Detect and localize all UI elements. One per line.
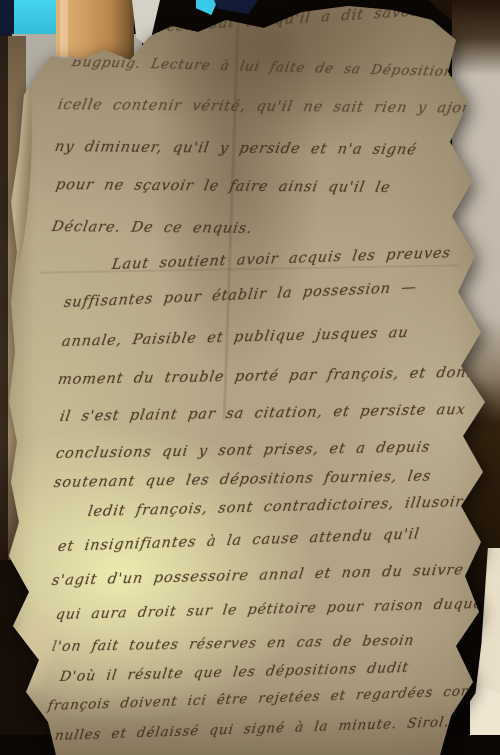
handwritten-line: conclusions qui y sont prises, et a depu…	[55, 439, 432, 462]
handwritten-line: Déclare. De ce enquis.	[51, 219, 254, 237]
handwritten-line: qui aura droit sur le pétitoire pour rai…	[55, 596, 489, 623]
handwritten-line: nulles et délaissé qui signé à la minute…	[54, 714, 451, 744]
paper-curl-top-left	[0, 65, 38, 297]
handwritten-line: il s'est plaint par sa citation, et pers…	[59, 402, 467, 425]
handwritten-line: ny diminuer, qu'il y perside et n'a sign…	[54, 139, 419, 158]
handwritten-line: D'où il résulte que les dépositions dudi…	[59, 660, 410, 685]
handwritten-line: ledit françois, sont contradictoires, il…	[87, 494, 482, 520]
handwritten-line: l'on fait toutes réserves en cas de beso…	[51, 633, 416, 655]
handwritten-line: Bugpuig. Lecture à lui faite de sa Dépos…	[70, 54, 500, 81]
handwritten-line: et insignifiantes à la cause attendu qu'…	[57, 526, 421, 555]
photograph-of-manuscript: C'est tout ce qu'il a dit savoir — Bugpu…	[0, 0, 500, 755]
handwritten-line: s'agit d'un possessoire annal et non du …	[51, 562, 465, 589]
handwritten-line: annale, Paisible et publique jusques au	[61, 325, 410, 350]
handwritten-line: françois doivent ici être rejetées et re…	[47, 682, 499, 714]
handwritten-line: pour ne sçavoir le faire ainsi qu'il le	[55, 177, 392, 196]
handwritten-line: C'est tout ce qu'il a dit savoir —	[149, 2, 451, 36]
handwritten-line: icelle contenir vérité, qu'il ne sait ri…	[57, 97, 498, 117]
handwritten-line: suffisantes pour établir la possession —	[63, 280, 418, 312]
manuscript-page: C'est tout ce qu'il a dit savoir — Bugpu…	[0, 0, 500, 755]
handwritten-line: moment du trouble porté par françois, et…	[57, 365, 475, 388]
manuscript-sheet-wrap: C'est tout ce qu'il a dit savoir — Bugpu…	[0, 0, 500, 755]
handwritten-line: soutenant que les dépositions fournies, …	[53, 468, 433, 491]
